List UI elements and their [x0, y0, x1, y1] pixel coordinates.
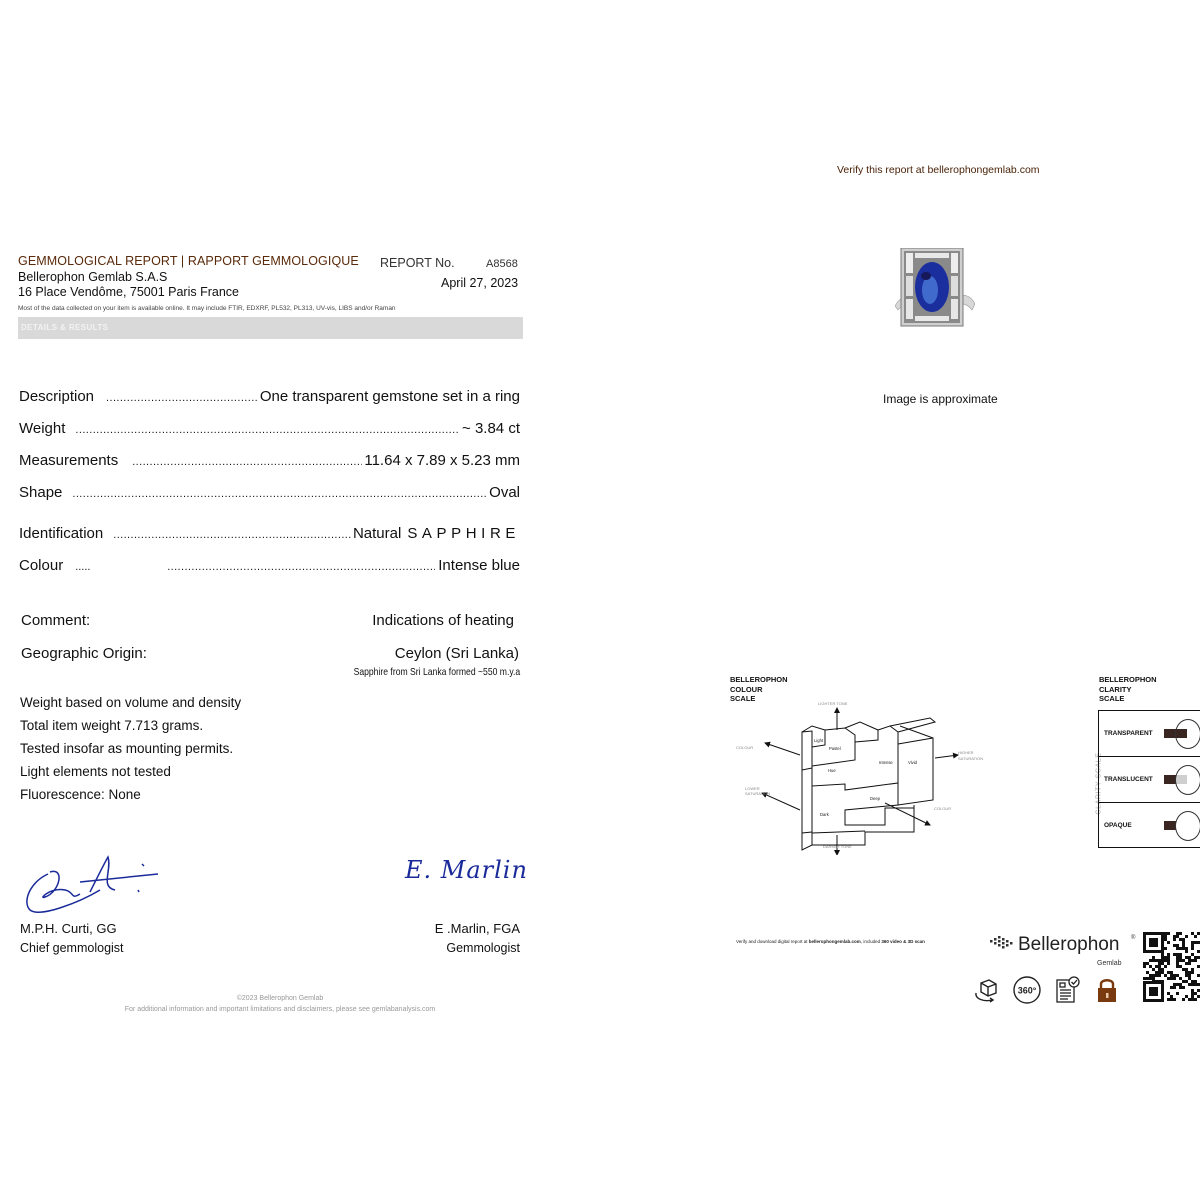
- leader-dots: ........................................…: [72, 488, 487, 500]
- intense-label: Intense: [879, 760, 893, 765]
- result-label: Colour: [19, 557, 63, 574]
- colour-right-label: COLOUR: [934, 806, 951, 811]
- result-value: Oval: [489, 484, 520, 501]
- company-address: 16 Place Vendôme, 75001 Paris France: [18, 285, 239, 299]
- download-note-text: Verify and download digital report at: [736, 939, 809, 944]
- result-row-colour: Colour ..... ...........................…: [19, 557, 520, 577]
- clarity-level-label: OPAQUE: [1104, 822, 1132, 829]
- colour-scale-diagram: LIGHTER TONE DARKER TONE COLOUR LOWER SA…: [730, 700, 1000, 855]
- leader-dots: ........................................…: [132, 456, 362, 468]
- circle-outline: [1175, 719, 1200, 749]
- origin-label: Geographic Origin:: [21, 645, 147, 662]
- origin-value: Ceylon (Sri Lanka): [395, 645, 519, 662]
- clarity-level-label: TRANSLUCENT: [1104, 776, 1153, 783]
- signature-curti: [20, 852, 160, 917]
- origin-note: Sapphire from Sri Lanka formed ~550 m.y.…: [353, 666, 520, 678]
- image-caption: Image is approximate: [883, 392, 998, 406]
- qr-code[interactable]: [1143, 932, 1200, 1002]
- report-number: A8568: [486, 258, 518, 270]
- dark-label: Dark: [820, 812, 830, 817]
- hue-label: Hue: [828, 768, 836, 773]
- leader-dots: ........................................…: [106, 392, 258, 404]
- data-availability-note: Most of the data collected on your item …: [18, 305, 396, 312]
- 360-text: 360°: [1018, 986, 1037, 996]
- lock-icon[interactable]: [1092, 975, 1122, 1005]
- leader-dots: ........................................…: [75, 424, 460, 436]
- 3d-cube-icon[interactable]: [972, 975, 1002, 1005]
- result-value: 11.64 x 7.89 x 5.23 mm: [364, 452, 520, 469]
- signer-title: Gemmologist: [446, 941, 520, 955]
- brand-sub: Gemlab: [1097, 960, 1122, 967]
- result-label: Description: [19, 388, 94, 405]
- deep-label: Deep: [870, 796, 881, 801]
- comment-value: Indications of heating: [372, 612, 514, 629]
- note-item: Tested insofar as mounting permits.: [20, 737, 241, 760]
- section-bar-label: DETAILS & RESULTS: [21, 323, 108, 332]
- note-item: Total item weight 7.713 grams.: [20, 714, 241, 737]
- result-row-shape: Shape ..................................…: [19, 484, 520, 504]
- section-bar: DETAILS & RESULTS: [18, 317, 523, 339]
- lighter-tone-label: LIGHTER TONE: [818, 701, 848, 706]
- note-item: Light elements not tested: [20, 760, 241, 783]
- circle-outline: [1175, 765, 1200, 795]
- pastel-label: Pastel: [829, 746, 841, 751]
- result-value: Intense blue: [438, 557, 520, 574]
- company-name: Bellerophon Gemlab S.A.S: [18, 270, 167, 284]
- title-line: CLARITY: [1099, 685, 1157, 695]
- bellerophon-logo-icon: [988, 936, 1014, 952]
- note-item: Weight based on volume and density: [20, 691, 241, 714]
- signer-name: M.P.H. Curti, GG: [20, 921, 117, 936]
- result-value: Natural: [353, 525, 401, 542]
- leader-dots: ........................................…: [113, 529, 351, 541]
- leader-dots: .....: [75, 561, 97, 573]
- download-note: Verify and download digital report at be…: [736, 939, 925, 944]
- vivid-label: Vivid: [908, 760, 918, 765]
- report-date: April 27, 2023: [441, 276, 518, 290]
- result-row-description: Description ............................…: [19, 388, 520, 408]
- comment-label: Comment:: [21, 612, 90, 629]
- report-number-label: REPORT No.: [380, 256, 455, 270]
- document-check-icon[interactable]: [1052, 975, 1082, 1005]
- signature-marlin: E. Marlin: [405, 856, 528, 884]
- leader-dots: ........................................…: [167, 561, 435, 573]
- 360-icon[interactable]: 360°: [1012, 975, 1042, 1005]
- title-line: COLOUR: [730, 685, 788, 695]
- note-item: Fluorescence: None: [20, 783, 241, 806]
- report-title: GEMMOLOGICAL REPORT | RAPPORT GEMMOLOGIQ…: [18, 254, 359, 268]
- feature-icons: 360°: [972, 975, 1122, 1005]
- colour-left-label: COLOUR: [736, 745, 753, 750]
- result-label: Weight: [19, 420, 65, 437]
- species-name: SAPPHIRE: [407, 525, 520, 542]
- higher-saturation-label-1: HIGHER: [958, 750, 974, 755]
- result-row-weight: Weight .................................…: [19, 420, 520, 440]
- lower-saturation-label-2: SATURATION: [745, 791, 770, 796]
- result-label: Identification: [19, 525, 103, 542]
- ring-image: [895, 248, 975, 330]
- clarity-level-transparent: TRANSPARENT: [1099, 711, 1200, 757]
- light-label: Light: [814, 738, 824, 743]
- darker-tone-label: DARKER TONE: [823, 844, 852, 849]
- disclaimer: For additional information and important…: [0, 1006, 560, 1013]
- result-label: Measurements: [19, 452, 118, 469]
- download-note-emph: 360 video & 3D scan: [881, 939, 925, 944]
- copyright: ©2023 Bellerophon Gemlab: [0, 995, 560, 1002]
- brand-name: Bellerophon: [1018, 934, 1119, 956]
- notes-list: Weight based on volume and density Total…: [20, 691, 241, 806]
- title-line: BELLEROPHON: [1099, 675, 1157, 685]
- clarity-level-label: TRANSPARENT: [1104, 730, 1153, 737]
- higher-saturation-label-2: SATURATION: [958, 756, 983, 761]
- clarity-scale-title: BELLEROPHON CLARITY SCALE: [1099, 675, 1157, 704]
- download-site-link[interactable]: bellerophongemlab.com: [809, 939, 861, 944]
- result-row-identification: Identification .........................…: [19, 525, 520, 545]
- result-row-measurements: Measurements ...........................…: [19, 452, 520, 472]
- signer-title: Chief gemmologist: [20, 941, 124, 955]
- result-value: One transparent gemstone set in a ring: [260, 388, 520, 405]
- verify-link[interactable]: Verify this report at bellerophongemlab.…: [837, 164, 1040, 176]
- signer-name: E .Marlin, FGA: [435, 921, 520, 936]
- clarity-level-opaque: OPAQUE: [1099, 803, 1200, 849]
- result-value: ~ 3.84 ct: [462, 420, 520, 437]
- title-line: SCALE: [1099, 694, 1157, 704]
- title-line: BELLEROPHON: [730, 675, 788, 685]
- download-note-text: , included: [861, 939, 882, 944]
- brand-registered: ®: [1131, 935, 1135, 941]
- clarity-scale-table: TRANSPARENT TRANSLUCENT OPAQUE: [1098, 710, 1200, 848]
- clarity-level-translucent: TRANSLUCENT: [1099, 757, 1200, 803]
- circle-outline: [1175, 811, 1200, 841]
- result-label: Shape: [19, 484, 62, 501]
